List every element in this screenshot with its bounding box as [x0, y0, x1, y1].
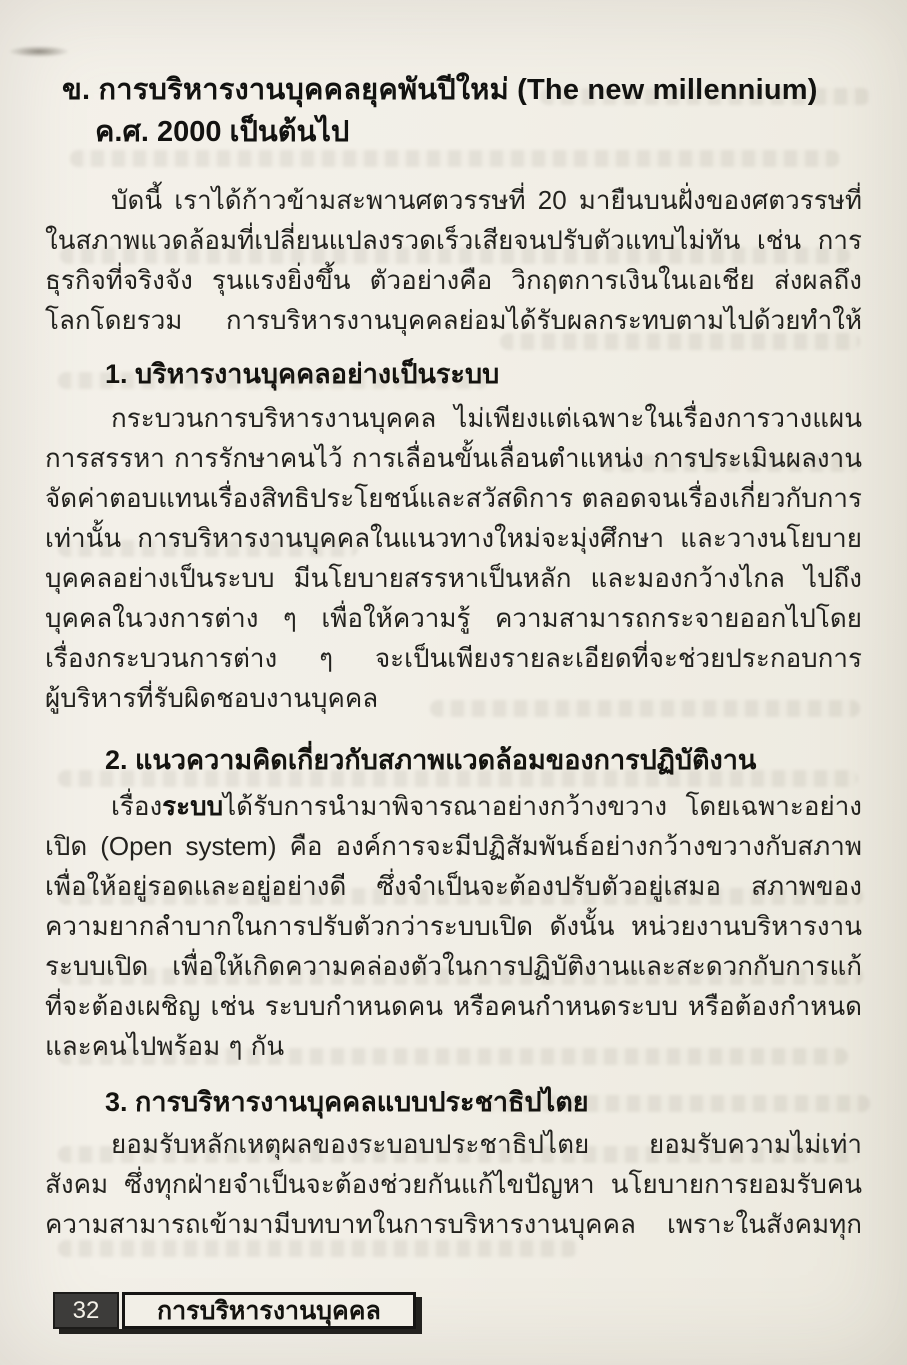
paragraph-line: โลกโดยรวม การบริหารงานบุคคลย่อมได้รับผลก…	[45, 300, 862, 340]
line-text: ได้รับการนำมาพิจารณาอย่างกว้างขวาง โดยเฉ…	[111, 791, 862, 826]
paragraph-line: ในสภาพแวดล้อมที่เปลี่ยนแปลงรวดเร็วเสียจน…	[45, 220, 862, 260]
paragraph-line: ผู้บริหารที่รับผิดชอบงานบุคคล	[45, 678, 862, 718]
chapter-title-line2: ค.ศ. 2000 เป็นต้นไป	[95, 108, 349, 154]
paragraph-line: เรื่องกระบวนการต่าง ๆ จะเป็นเพียงรายละเอ…	[45, 638, 862, 678]
paragraph-line: การสรรหา การรักษาคนไว้ การเลื่อนขั้นเลื่…	[45, 438, 862, 478]
scan-smudge-artifact	[10, 46, 68, 57]
paragraph-line: เท่านั้น การบริหารงานบุคคลในแนวทางใหม่จะ…	[45, 518, 862, 558]
emphasized-term: ระบบ	[162, 791, 223, 821]
paragraph-line: ความสามารถเข้ามามีบทบาทในการบริหารงานบุค…	[45, 1204, 862, 1244]
section-3-heading: 3. การบริหารงานบุคคลแบบประชาธิปไตย	[105, 1080, 589, 1123]
paragraph-line: ความยากลำบากในการปรับตัวกว่าระบบเปิด ดัง…	[45, 906, 862, 946]
paragraph-line: เปิด (Open system) คือ องค์การจะมีปฏิสัม…	[45, 826, 862, 866]
paragraph-line: กระบวนการบริหารงานบุคคล ไม่เพียงแต่เฉพาะ…	[45, 398, 862, 438]
paragraph-line: ยอมรับหลักเหตุผลของระบอบประชาธิปไตย ยอมร…	[45, 1124, 862, 1164]
paragraph-line: บุคคลในวงการต่าง ๆ เพื่อให้ความรู้ ความส…	[45, 598, 862, 638]
paragraph-line: ที่จะต้องเผชิญ เช่น ระบบกำหนดคน หรือคนกำ…	[45, 986, 862, 1026]
section-3-paragraph: ยอมรับหลักเหตุผลของระบอบประชาธิปไตย ยอมร…	[45, 1124, 862, 1244]
line-text: เรื่อง	[111, 791, 162, 821]
paragraph-line: บัดนี้ เราได้ก้าวข้ามสะพานศตวรรษที่ 20 ม…	[45, 180, 862, 220]
paragraph-line: บุคคลอย่างเป็นระบบ มีนโยบายสรรหาเป็นหลัก…	[45, 558, 862, 598]
page-footer: 32 การบริหารงานบุคคล	[53, 1292, 416, 1329]
intro-paragraph: บัดนี้ เราได้ก้าวข้ามสะพานศตวรรษที่ 20 ม…	[45, 180, 862, 340]
section-2-heading: 2. แนวความคิดเกี่ยวกับสภาพแวดล้อมของการป…	[105, 738, 756, 781]
paragraph-line: จัดค่าตอบแทนเรื่องสิทธิประโยชน์และสวัสดิ…	[45, 478, 862, 518]
paragraph-line: เรื่องระบบได้รับการนำมาพิจารณาอย่างกว้าง…	[45, 786, 862, 826]
page-number: 32	[53, 1292, 119, 1329]
scanned-book-page: ข. การบริหารงานบุคคลยุคพันปีใหม่ (The ne…	[0, 0, 907, 1365]
paragraph-line: เพื่อให้อยู่รอดและอยู่อย่างดี ซึ่งจำเป็น…	[45, 866, 862, 906]
paragraph-line: ระบบเปิด เพื่อให้เกิดความคล่องตัวในการปฏ…	[45, 946, 862, 986]
paragraph-line: สังคม ซึ่งทุกฝ่ายจำเป็นจะต้องช่วยกันแก้ไ…	[45, 1164, 862, 1204]
section-2-paragraph: เรื่องระบบได้รับการนำมาพิจารณาอย่างกว้าง…	[45, 786, 862, 1066]
running-title: การบริหารงานบุคคล	[122, 1292, 416, 1329]
section-1-paragraph: กระบวนการบริหารงานบุคคล ไม่เพียงแต่เฉพาะ…	[45, 398, 862, 718]
chapter-title-line1: ข. การบริหารงานบุคคลยุคพันปีใหม่ (The ne…	[62, 66, 818, 112]
section-1-heading: 1. บริหารงานบุคคลอย่างเป็นระบบ	[105, 352, 499, 395]
paragraph-line: ธุรกิจที่จริงจัง รุนแรงยิ่งขึ้น ตัวอย่าง…	[45, 260, 862, 300]
paragraph-line: และคนไปพร้อม ๆ กัน	[45, 1026, 862, 1066]
